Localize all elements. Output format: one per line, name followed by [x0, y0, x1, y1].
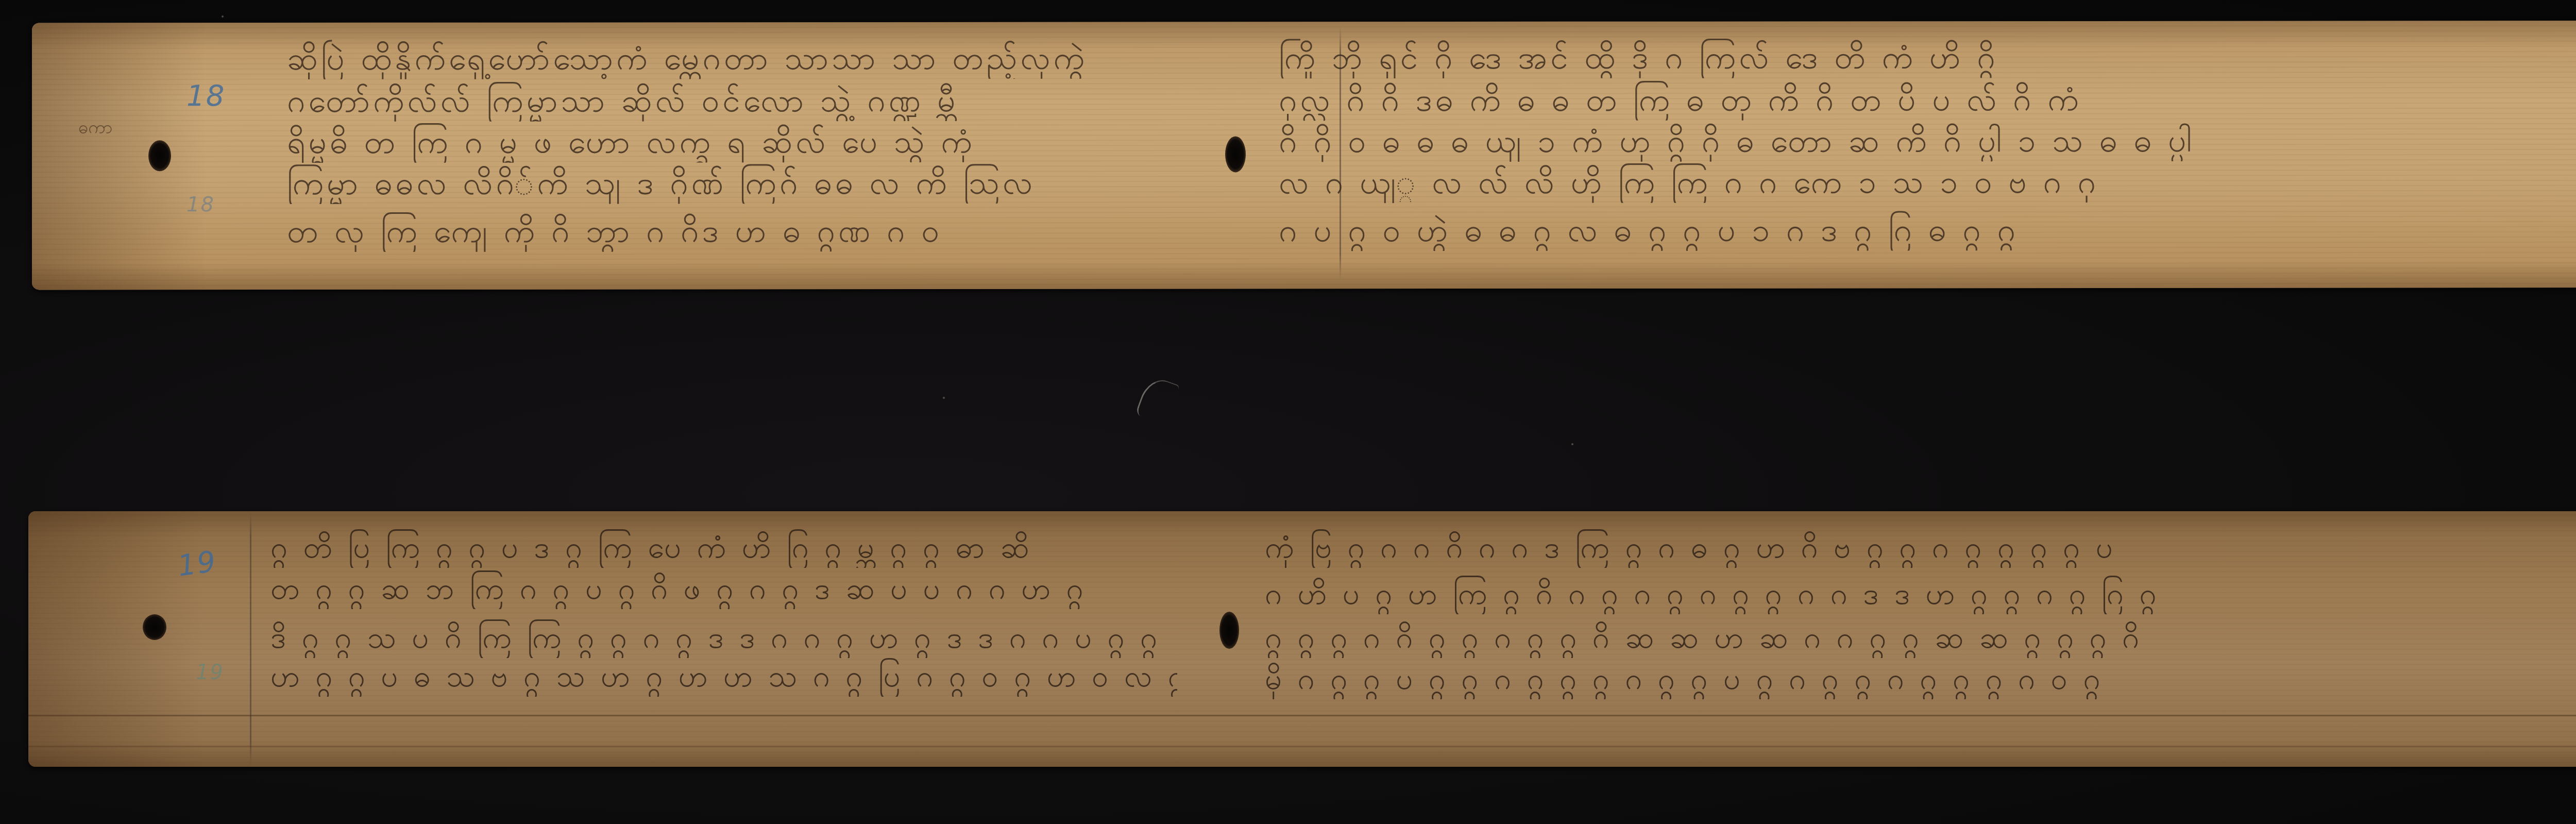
text-line: တ ဂ္ဂ ဂ္ဂ ဆ ဘ ကြ ဂ ဂ္ဂ ပ ဂ္ဂ ဂိ ဖ ဂ္ဂ ဂ …	[270, 568, 1177, 609]
text-block-right: ကြို ဘို ရှင် ဂို ဒေ အင် ထွိ ဒို ဂ ကြလ် …	[1279, 31, 2576, 275]
text-line: တ လှ ကြ ကျေ ကို ဂိ ဘွာ ဂ ဂိဒ ဟ ဓ ဂ္ဂဏ ဂ …	[287, 210, 1199, 252]
text-block-left: ဂ္ဂ တိ ပြ ကြ ဂ္ဂ ဂ္ဂ ပ ဒ ဂ္ဂ ကြ ပေ ကံ ဟိ…	[270, 527, 1177, 712]
text-line: ဂ္ဂ တိ ပြ ကြ ဂ္ဂ ဂ္ဂ ပ ဒ ဂ္ဂ ကြ ပေ ကံ ဟိ…	[270, 527, 1177, 568]
leaf-crack-line	[28, 715, 2576, 716]
text-line: ဆိုပြဲ ထိုနှိုက်ရှေ့ဟော်သော့ကံ မ္တေဂတာ သ…	[287, 37, 1199, 79]
text-line: ဂ္ဂ ဂ္ဂ ဂ္ဂ ဂ ဂိ ဂ္ဂ ဂ္ဂ ဂ ဂ္ဂ ဂ္ဂ ဂိ ဆ …	[1265, 617, 2576, 658]
folio-number-left: 18	[187, 79, 225, 113]
text-line: ဂ ပ ဂ္ဂ ဝ ဟွဲ ဓ ဓ ဂ္ဂ လ ဓ ဂ္ဂ ဂ္ဂ ပ ၁ ဂ …	[1279, 209, 2576, 251]
text-line: ဟ ဂ္ဂ ဂ္ဂ ပ ဓ သ ဗ ဂ္ဂ သ ဟ ဂ္ဂ ဟ ဟ သ ဂ ဂ္…	[270, 655, 1177, 697]
text-line: ဂ ဟိ ပ ဂ္ဂ ဟ ကြ ဂ္ဂ ဂိ ဂ ဂ္ဂ ဂ ဂ္ဂ ဂ ဂ္ဂ…	[1265, 573, 2576, 614]
dust-speck	[222, 15, 224, 18]
palm-leaf-folio-19: 19 19 19 19 ဂ္ဂ တိ ပြ ကြ ဂ္ဂ ဂ္ဂ ပ ဒ ဂ္ဂ…	[28, 511, 2576, 767]
text-line: ရိမ္မဓိ တ ကြ ဂ မ္မ ဖ ဟော လက္ခ ရ ဆိုလ် ပေ…	[287, 121, 1199, 163]
text-line: ကြမ္မာ ဓဓလ လိဂိ်ကိ သျ ဒ ဂိုဏ် ကြဂ် ဓဓ လ …	[287, 162, 1199, 204]
text-line: ဂုလ္လ ဂိ ဂိ ဒဓ ကိ ဓ ဓ တ ကြ ဓ တု ကိ ဂိ တ …	[1279, 78, 2576, 121]
dust-speck	[943, 397, 945, 399]
text-line: ဂတော်ကိုလ်လ် ကြမ္မာသာ ဆိုလ် ဝင်လော သွဲ့ …	[287, 79, 1199, 122]
string-hole-center	[1219, 612, 1239, 649]
text-line: လ ဂ ယျ္ လ လ် လိ ဟို ကြ ကြ ဂ ဂ ကေ ၁ သ ၁ ဝ…	[1279, 161, 2576, 204]
dust-speck	[1571, 443, 1573, 445]
text-line: ဒိ ဂ္ဂ ဂ္ဂ သ ပ ဂိ ကြ ကြ ဂ္ဂ ဂ္ဂ ဂ ဂ္ဂ ဒ …	[270, 617, 1177, 658]
string-hole-left	[148, 140, 171, 171]
string-hole-center	[1225, 136, 1246, 172]
text-line: ဂိ ဂို ဝ ဓ ဓ ဓ ယျ ၁ ကံ ဟု ဂ္ဂိ ဂို ဓ တော…	[1279, 120, 2576, 162]
vertical-ruling-left	[250, 511, 251, 767]
text-line: မို ဂ ဂ္ဂ ဂ္ဂ ပ ဂ္ဂ ဂ္ဂ ဂ ဂ္ဂ ဂ္ဂ ဂ္ဂ ဂ …	[1265, 658, 2576, 699]
folio-mark-lower-left: 19	[196, 661, 224, 684]
text-line: ကုံ ဗြ ဂ္ဂ ဂ ဂ ဂိ ဂ ဂ ဒ ကြ ဂ္ဂ ဂ ဓ ဂ္ဂ ဟ…	[1265, 527, 2576, 568]
string-hole-left	[143, 614, 166, 640]
leaf-crack-line	[28, 746, 2576, 747]
text-block-left: ဆိုပြဲ ထိုနှိုက်ရှေ့ဟော်သော့ကံ မ္တေဂတာ သ…	[287, 32, 1199, 275]
folio-mark-lower-left: 18	[187, 193, 215, 216]
text-block-right: ကုံ ဗြ ဂ္ဂ ဂ ဂ ဂိ ဂ ဂ ဒ ကြ ဂ္ဂ ဂ ဓ ဂ္ဂ ဟ…	[1265, 527, 2576, 712]
folio-number-left: 19	[176, 545, 219, 583]
margin-note: ဓကာ	[78, 115, 112, 142]
text-line: ကြို ဘို ရှင် ဂို ဒေ အင် ထွိ ဒို ဂ ကြလ် …	[1279, 36, 2576, 79]
palm-leaf-folio-18: 18 18 18 18 ဓကာ ဆိုပြဲ ထိုနှိုက်ရှေ့ဟော်…	[32, 21, 2576, 290]
